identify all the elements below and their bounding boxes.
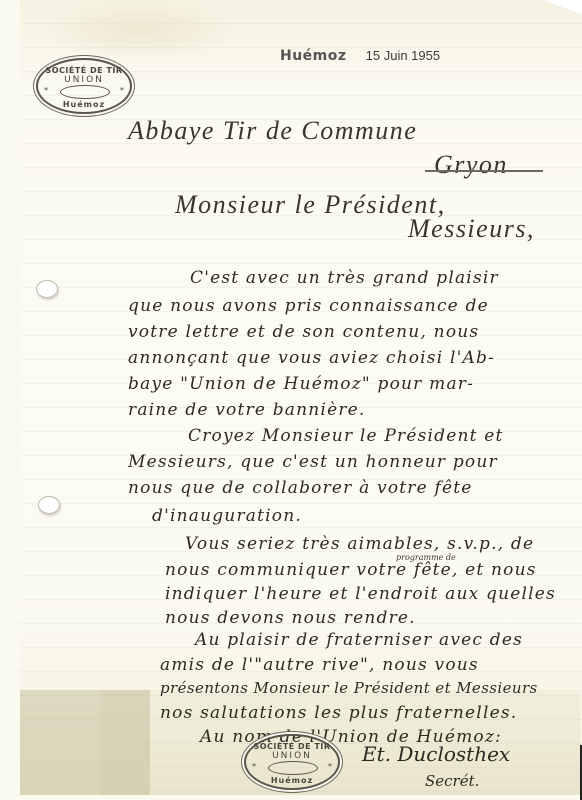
body-line: nous que de collaborer à votre fête — [128, 478, 473, 498]
addressee-line-1: Abbaye Tir de Commune — [128, 116, 417, 146]
body-line: nous communiquer votre fête, et nous — [165, 560, 537, 580]
salutation-line-1: Monsieur le Président, — [175, 190, 446, 220]
star-icon: * — [120, 86, 124, 95]
body-line: nos salutations les plus fraternelles. — [160, 703, 517, 723]
letter-page: SOCIÉTÉ DE TIR UNION * * Huémoz Huémoz 1… — [0, 0, 582, 800]
star-icon: * — [252, 762, 256, 771]
star-icon: * — [328, 762, 332, 771]
body-line: indiquer l'heure et l'endroit aux quelle… — [165, 584, 556, 604]
body-line: Au plaisir de fraterniser avec des — [195, 630, 523, 650]
stamp-arc-text: SOCIÉTÉ DE TIR — [246, 742, 338, 751]
body-line: nous devons nous rendre. — [165, 608, 416, 628]
folded-corner — [542, 0, 582, 14]
body-line: présentons Monsieur le Président et Mess… — [160, 679, 538, 697]
stamp-inner-oval — [268, 761, 318, 775]
society-stamp-header: SOCIÉTÉ DE TIR UNION * * Huémoz — [36, 58, 132, 114]
punch-hole-icon — [38, 496, 60, 514]
body-line: annonçant que vous aviez choisi l'Ab- — [128, 348, 495, 368]
body-line: d'inauguration. — [152, 506, 302, 526]
punch-hole-icon — [36, 280, 58, 298]
body-line: Messieurs, que c'est un honneur pour — [128, 452, 498, 472]
society-stamp-closing: SOCIÉTÉ DE TIR UNION * * Huémoz — [244, 734, 340, 790]
dateline-place: Huémoz — [280, 48, 347, 64]
paper-stain — [40, 0, 240, 60]
body-line: raine de votre bannière. — [128, 400, 366, 420]
paper-stain — [20, 690, 150, 795]
body-line: Croyez Monsieur le Président et — [188, 426, 504, 446]
body-line: Vous seriez très aimables, s.v.p., de — [185, 534, 534, 554]
stamp-place-text: Huémoz — [38, 100, 130, 109]
dateline-date: 15 Juin 1955 — [366, 48, 440, 63]
addressee-line-2: Gryon — [434, 150, 508, 180]
body-line: baye "Union de Huémoz" pour mar- — [128, 374, 474, 394]
stamp-inner-oval — [60, 85, 110, 99]
body-line: C'est avec un très grand plaisir — [190, 268, 499, 288]
salutation-line-2: Messieurs, — [408, 214, 535, 244]
body-line: amis de l'"autre rive", nous vous — [160, 655, 479, 675]
stamp-arc-text: SOCIÉTÉ DE TIR — [38, 66, 130, 75]
addressee-underline — [425, 170, 543, 172]
body-line: votre lettre et de son contenu, nous — [128, 322, 479, 342]
dateline: Huémoz 15 Juin 1955 — [280, 45, 440, 64]
stamp-center-text: UNION — [38, 75, 130, 85]
stamp-center-text: UNION — [246, 751, 338, 761]
signature-name: Et. Duclosthex — [362, 742, 510, 766]
star-icon: * — [44, 86, 48, 95]
signature-title: Secrét. — [425, 772, 479, 790]
body-line: que nous avons pris connaissance de — [128, 296, 489, 316]
stamp-place-text: Huémoz — [246, 776, 338, 785]
